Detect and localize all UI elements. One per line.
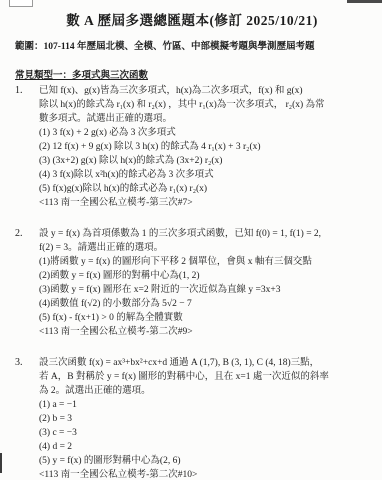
option-line: (2) b = 3	[39, 412, 370, 426]
stem-line: 數多項式。試選出正確的選項。	[39, 112, 370, 126]
option-line: (3) c = −3	[39, 426, 370, 440]
question-number: 3.	[14, 356, 39, 480]
question-body: 設三次函數 f(x) = ax³+bx²+cx+d 通過 A (1,7), B …	[39, 356, 370, 480]
question-number: 1.	[14, 84, 39, 210]
source-line: <113 南一全國公私立模考-第二次#9>	[39, 325, 370, 339]
option-line: (4) 3 f(x)除以 x²h(x)的餘式必為 3 次多項式	[39, 168, 370, 182]
clipped-top-left-box	[9, 0, 33, 7]
stem-line: 已知 f(x)、g(x)皆為三次多項式，h(x)為二次多項式，f(x) 和 g(…	[39, 84, 370, 98]
option-line: (3)函數 y = f(x) 圖形在 x=2 附近的一次近似為直線 y =3x+…	[39, 283, 370, 297]
option-line: (1)將函數 y = f(x) 的圖形向下平移 2 個單位，會與 x 軸有三個交…	[39, 255, 370, 269]
question-block-3: 3. 設三次函數 f(x) = ax³+bx²+cx+d 通過 A (1,7),…	[14, 356, 370, 480]
scope-line: 範圍：107-114 年歷屆北模、全模、竹區、中部模擬考題與學測歷屆考題	[15, 38, 370, 52]
option-line: (5) f(x)g(x)除以 h(x)的餘式必為 r₁(x) r₂(x)	[39, 182, 370, 196]
option-line: (1) 3 f(x) + 2 g(x) 必為 3 次多項式	[39, 126, 370, 140]
question-body: 設 y = f(x) 為首項係數為 1 的三次多項式函數，已知 f(0) = 1…	[39, 227, 370, 339]
document-page: 數 A 歷屆多選總匯題本(修訂 2025/10/21) 範圍：107-114 年…	[0, 0, 382, 480]
option-line: (5) f(x) - f(x+1) > 0 的解為全體實數	[39, 311, 370, 325]
section-heading: 常見類型一：多項式與三次函數	[15, 67, 370, 81]
source-line: <113 南一全國公私立模考-第二次#10>	[39, 468, 370, 480]
option-line: (4) d = 2	[39, 440, 370, 454]
clipped-top-right-bar	[347, 0, 382, 3]
page-title: 數 A 歷屆多選總匯題本(修訂 2025/10/21)	[14, 9, 370, 29]
option-line: (1) a = −1	[39, 398, 370, 412]
stem-line: 為 2。試選出正確的選項。	[39, 384, 370, 398]
question-block-2: 2. 設 y = f(x) 為首項係數為 1 的三次多項式函數，已知 f(0) …	[14, 227, 370, 339]
option-line: (3) (3x+2) g(x) 除以 h(x)的餘式為 (3x+2) r₂(x)	[39, 154, 370, 168]
stem-line: f(2) = 3。請選出正確的選項。	[39, 241, 370, 255]
question-block-1: 1. 已知 f(x)、g(x)皆為三次多項式，h(x)為二次多項式，f(x) 和…	[14, 84, 370, 210]
stem-line: 若 A，B 對稱於 y = f(x) 圖形的對稱中心，且在 x=1 處一次近似的…	[39, 370, 370, 384]
option-line: (2) 12 f(x) + 9 g(x) 除以 3 h(x) 的餘式為 4 r₁…	[39, 140, 370, 154]
option-line: (5) y = f(x) 的圖形對稱中心為(2, 6)	[39, 454, 370, 468]
stem-line: 設三次函數 f(x) = ax³+bx²+cx+d 通過 A (1,7), B …	[39, 356, 370, 370]
question-number: 2.	[14, 227, 39, 339]
option-line: (2)函數 y = f(x) 圖形的對稱中心為(1, 2)	[39, 269, 370, 283]
option-line: (4)函數值 f(√2) 的小數部分為 5√2 − 7	[39, 297, 370, 311]
stem-line: 設 y = f(x) 為首項係數為 1 的三次多項式函數，已知 f(0) = 1…	[39, 227, 370, 241]
question-body: 已知 f(x)、g(x)皆為三次多項式，h(x)為二次多項式，f(x) 和 g(…	[39, 84, 370, 210]
stem-line: 除以 h(x)的餘式為 r₁(x) 和 r₂(x) ，其中 r₁(x)為一次多項…	[39, 98, 370, 112]
source-line: <113 南一全國公私立模考-第三次#7>	[39, 196, 370, 210]
clipped-left-edge-strip	[0, 453, 2, 473]
